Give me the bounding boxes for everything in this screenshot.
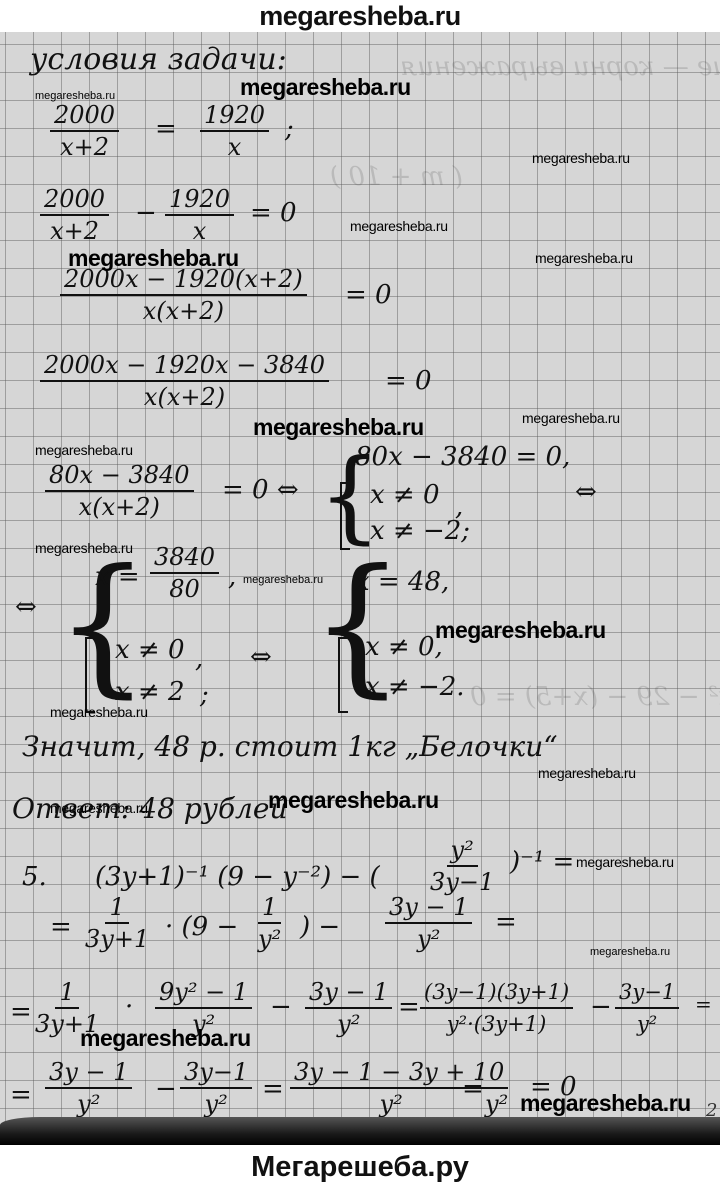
set-bracket	[85, 637, 95, 713]
fraction: 1920 x	[200, 100, 269, 162]
fraction: 2000 x+2	[50, 100, 119, 162]
minus-sign: −	[270, 992, 292, 1022]
equals-zero: = 0	[250, 198, 297, 228]
watermark: megaresheba.ru	[535, 250, 633, 266]
watermark: megaresheba.ru	[35, 442, 133, 458]
watermark: megaresheba.ru	[435, 617, 606, 644]
watermark: megaresheba.ru	[253, 414, 424, 441]
equals-sign: =	[262, 1074, 284, 1104]
watermark: megaresheba.ru	[538, 765, 636, 781]
system-line: x ≠ 0,	[365, 632, 443, 662]
punctuation: ,	[228, 562, 236, 592]
fraction: 2000x − 1920x − 3840 x(x+2)	[40, 350, 329, 412]
punctuation: ;	[285, 114, 294, 144]
system-line: x = 48,	[355, 567, 449, 597]
system-line: x ≠ 2	[115, 677, 185, 707]
system-line: 80x − 3840 = 0,	[355, 442, 570, 472]
set-bracket	[338, 637, 348, 713]
fraction: 1 3y+1	[85, 892, 149, 954]
fraction: y² 3y−1	[430, 835, 494, 897]
fraction: 80x − 3840 x(x+2)	[45, 460, 194, 522]
punctuation: ,	[195, 644, 203, 674]
punctuation: ;	[200, 680, 209, 710]
system-line: x ≠ 0	[370, 480, 440, 510]
watermark: megaresheba.ru	[532, 150, 630, 166]
equals-sign: =	[495, 907, 517, 937]
watermark: megaresheba.ru	[50, 800, 148, 816]
equals-sign: =	[10, 1080, 32, 1110]
bleed-through-text: 2x² − 29 − (x+5) = 0	[470, 682, 720, 712]
expression-part: ) −	[300, 912, 340, 942]
notebook-page: Выражение — корни выражения ( m + 10 ) 2…	[0, 32, 720, 1145]
equals-zero: = 0	[385, 366, 432, 396]
watermark: megaresheba.ru	[590, 946, 670, 958]
equals-sign: =	[50, 912, 72, 942]
fraction: 3y − 1 y²	[305, 977, 392, 1039]
equals-sign: =	[398, 992, 420, 1022]
expression-part: · (9 −	[165, 912, 238, 942]
watermark: megaresheba.ru	[35, 90, 115, 102]
equals-sign: =	[155, 114, 177, 144]
system-line: x =	[95, 562, 140, 592]
watermark: megaresheba.ru	[68, 245, 239, 272]
problem-expression: (3y+1)⁻¹ (9 − y⁻²) − (	[95, 862, 380, 892]
minus-sign: −	[135, 198, 157, 228]
watermark: megaresheba.ru	[50, 704, 148, 720]
watermark: megaresheba.ru	[522, 410, 620, 426]
equals-sign: =	[695, 992, 712, 1016]
equivalence: ⇔	[575, 477, 597, 507]
equals-zero: = 0	[345, 280, 392, 310]
fraction: 1920 x	[165, 184, 234, 246]
bleed-through-text: ( m + 10 )	[330, 162, 463, 192]
equivalence: ⇔	[250, 642, 272, 672]
watermark: megaresheba.ru	[243, 574, 323, 586]
minus-sign: −	[590, 992, 612, 1022]
multiply-dot: ·	[125, 992, 133, 1022]
fraction: 3y − 1 y²	[45, 1057, 132, 1119]
equals-sign: =	[462, 1074, 484, 1104]
equivalence: ⇔	[15, 592, 37, 622]
equals-sign: =	[10, 997, 32, 1027]
fraction: 3y−1 y²	[180, 1057, 252, 1119]
watermark: megaresheba.ru	[520, 1090, 691, 1117]
answer-text: Ответ: доказано	[395, 1118, 620, 1145]
fraction: (3y−1)(3y+1) y²·(3y+1)	[420, 977, 573, 1039]
equivalence: = 0 ⇔	[222, 475, 299, 505]
system-line: x ≠ 0	[115, 635, 185, 665]
problem-expression: )⁻¹ =	[510, 847, 574, 877]
site-header-watermark: megaresheba.ru	[0, 0, 720, 32]
fraction: 2000 x+2	[40, 184, 109, 246]
minus-sign: −	[155, 1074, 177, 1104]
watermark: megaresheba.ru	[268, 787, 439, 814]
page-number: 2	[706, 1100, 717, 1121]
conclusion-text: Значит, 48 р. стоит 1кг „Белочки“	[22, 730, 558, 763]
watermark: megaresheba.ru	[240, 74, 411, 101]
problem-number: 5.	[22, 862, 47, 892]
fraction: 3y−1 y²	[615, 977, 679, 1039]
watermark: megaresheba.ru	[80, 1025, 251, 1052]
system-line: x ≠ −2.	[365, 672, 465, 702]
fraction: 2000x − 1920(x+2) x(x+2)	[60, 264, 307, 326]
fraction: 0 y²	[485, 1057, 508, 1119]
bleed-through-text: Выражение — корни выражения	[400, 52, 720, 82]
fraction: 1 y²	[258, 892, 281, 954]
watermark: megaresheba.ru	[35, 540, 133, 556]
fraction: 3y − 1 y²	[385, 892, 472, 954]
site-footer-watermark: Мегарешеба.ру	[0, 1145, 720, 1189]
watermark: megaresheba.ru	[350, 218, 448, 234]
heading: условия задачи:	[30, 42, 287, 77]
fraction: 3840 80	[150, 542, 219, 604]
watermark: megaresheba.ru	[576, 854, 674, 870]
